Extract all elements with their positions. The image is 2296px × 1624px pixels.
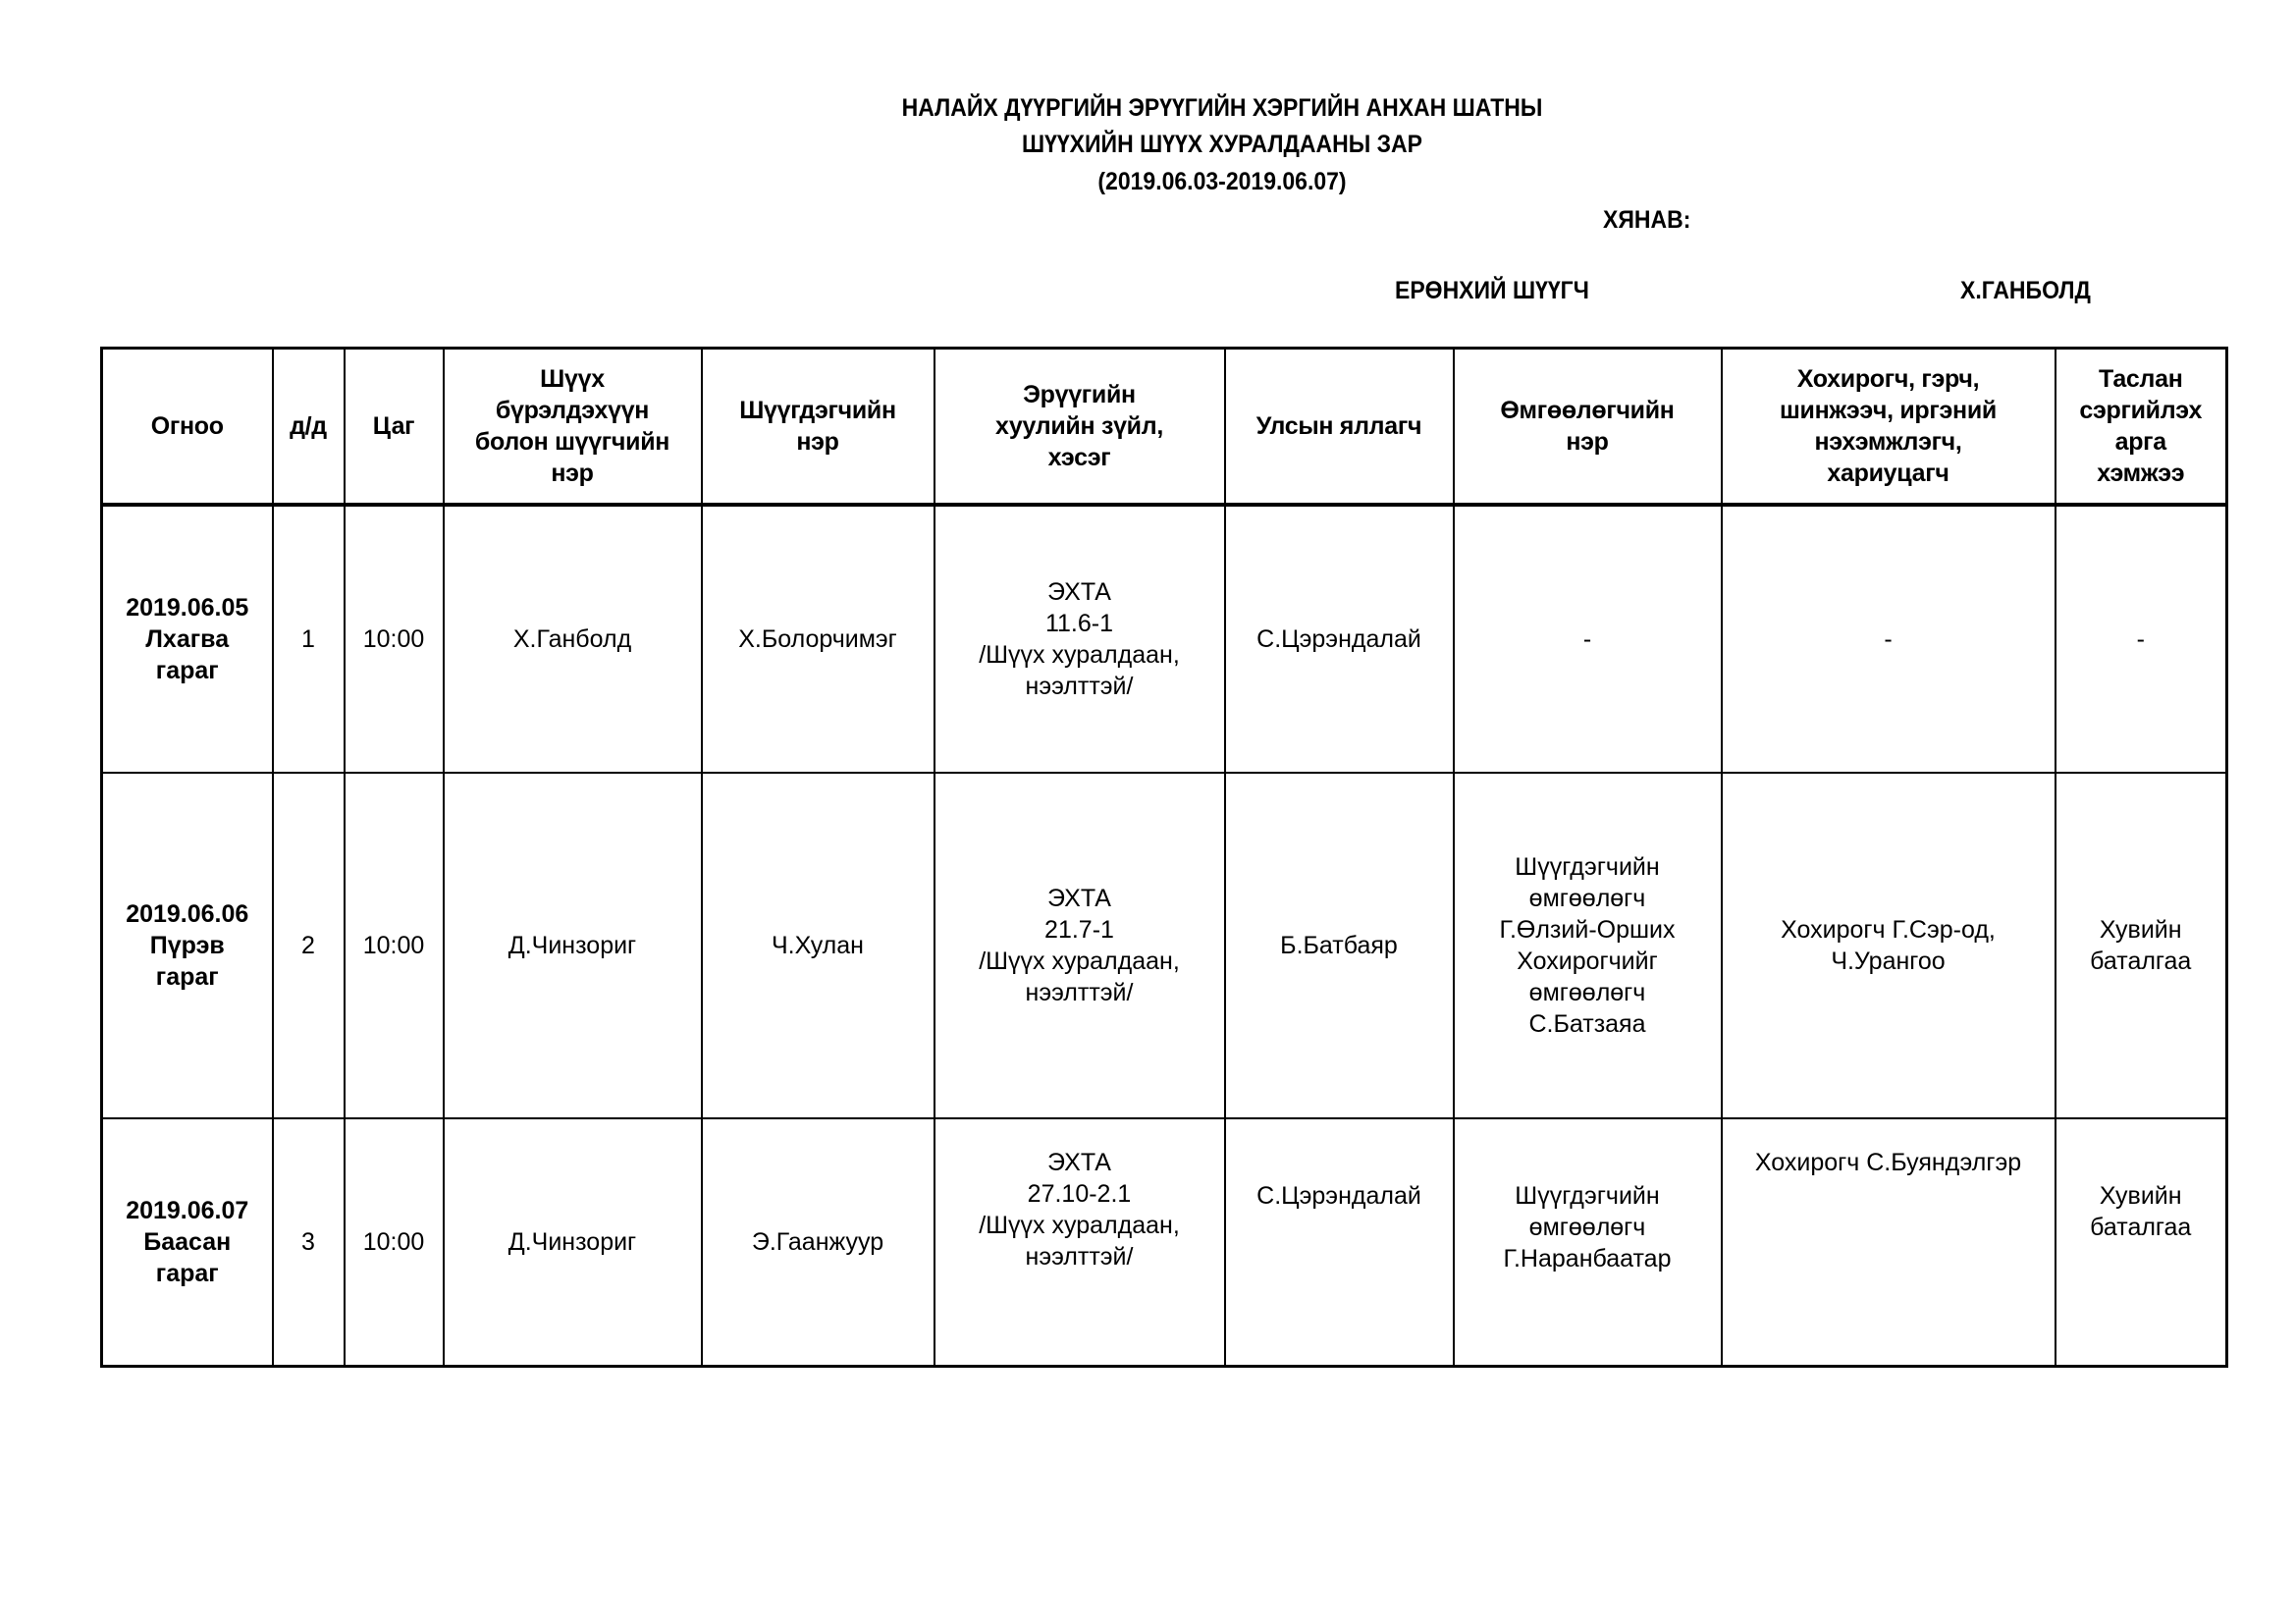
approver-role: ЕРӨНХИЙ ШҮҮГЧ — [1395, 277, 1589, 305]
cell-defense-lawyer-text: өмгөөлөгч — [1461, 883, 1715, 914]
cell-time: 10:00 — [345, 773, 444, 1118]
cell-law-article: ЭХТА11.6-1/Шүүх хуралдаан,нээлттэй/ — [934, 505, 1225, 773]
cell-prosecutor: С.Цэрэндалай — [1225, 1118, 1454, 1367]
column-header-text: хариуцагч — [1729, 458, 2049, 489]
cell-defense-lawyer-text: өмгөөлөгч — [1461, 977, 1715, 1008]
cell-law-article-text: ЭХТА — [941, 576, 1218, 608]
cell-defense-lawyer-text: өмгөөлөгч — [1461, 1212, 1715, 1243]
cell-number-text: 1 — [280, 623, 338, 655]
column-header-date: Огноо — [102, 349, 273, 506]
cell-law-article-text: нээлттэй/ — [941, 671, 1218, 702]
cell-victims-witnesses: Хохирогч С.Буяндэлгэр — [1722, 1118, 2056, 1367]
column-header-text: бүрэлдэхүүн — [451, 395, 695, 426]
cell-time: 10:00 — [345, 505, 444, 773]
cell-victims-witnesses: - — [1722, 505, 2056, 773]
cell-prosecutor-text: С.Цэрэндалай — [1232, 1180, 1447, 1212]
column-header-text: Таслан — [2062, 363, 2220, 395]
column-header-text: д/д — [280, 410, 338, 442]
cell-judge: Х.Ганболд — [444, 505, 702, 773]
cell-date: 2019.06.07Баасангараг — [102, 1118, 273, 1367]
cell-time-text: 10:00 — [351, 623, 437, 655]
column-header-text: Цаг — [351, 410, 437, 442]
cell-preventive-measure-text: Хувийн — [2062, 1180, 2220, 1212]
cell-defendant-text: Х.Болорчимэг — [709, 623, 928, 655]
column-header-text: болон шүүгчийн — [451, 426, 695, 458]
cell-date-text: гараг — [109, 961, 266, 993]
cell-defense-lawyer-text: - — [1461, 623, 1715, 655]
cell-law-article-text: /Шүүх хуралдаан, — [941, 639, 1218, 671]
cell-date-text: гараг — [109, 655, 266, 686]
cell-prosecutor-text: С.Цэрэндалай — [1232, 623, 1447, 655]
cell-law-article-text: нээлттэй/ — [941, 977, 1218, 1008]
cell-law-article: ЭХТА27.10-2.1/Шүүх хуралдаан,нээлттэй/ — [934, 1118, 1225, 1367]
cell-date-text: гараг — [109, 1258, 266, 1289]
cell-victims-witnesses-text: Ч.Урангоо — [1729, 946, 2049, 977]
column-header-text: Эрүүгийн — [941, 379, 1218, 410]
column-header-text: хэмжээ — [2062, 458, 2220, 489]
cell-date-text: 2019.06.07 — [109, 1195, 266, 1226]
cell-victims-witnesses-text: Хохирогч С.Буяндэлгэр — [1729, 1147, 2049, 1178]
cell-preventive-measure-text: - — [2062, 623, 2220, 655]
cell-law-article: ЭХТА21.7-1/Шүүх хуралдаан,нээлттэй/ — [934, 773, 1225, 1118]
cell-defendant-text: Э.Гаанжуур — [709, 1226, 928, 1258]
column-header-victims-witnesses: Хохирогч, гэрч,шинжээч, иргэнийнэхэмжлэг… — [1722, 349, 2056, 506]
cell-defense-lawyer-text: С.Батзаяа — [1461, 1008, 1715, 1040]
table-row: 2019.06.07Баасангараг310:00Д.ЧинзоригЭ.Г… — [102, 1118, 2227, 1367]
cell-defense-lawyer: ШүүгдэгчийнөмгөөлөгчГ.Өлзий-ОршихХохирог… — [1454, 773, 1722, 1118]
cell-prosecutor: Б.Батбаяр — [1225, 773, 1454, 1118]
cell-victims-witnesses-text: Хохирогч Г.Сэр-од, — [1729, 914, 2049, 946]
column-header-text: Шүүгдэгчийн — [709, 395, 928, 426]
cell-number-text: 2 — [280, 930, 338, 961]
cell-date-text: 2019.06.05 — [109, 592, 266, 623]
cell-date: 2019.06.05Лхагвагараг — [102, 505, 273, 773]
cell-preventive-measure: - — [2056, 505, 2227, 773]
cell-preventive-measure: Хувийнбаталгаа — [2056, 1118, 2227, 1367]
cell-defendant: Х.Болорчимэг — [702, 505, 934, 773]
cell-law-article-text: 27.10-2.1 — [941, 1178, 1218, 1210]
cell-date-text: 2019.06.06 — [109, 898, 266, 930]
cell-law-article-text: /Шүүх хуралдаан, — [941, 1210, 1218, 1241]
column-header-text: хэсэг — [941, 442, 1218, 473]
cell-date-text: Баасан — [109, 1226, 266, 1258]
cell-defendant: Ч.Хулан — [702, 773, 934, 1118]
cell-number: 1 — [273, 505, 345, 773]
column-header-text: нэхэмжлэгч, — [1729, 426, 2049, 458]
cell-defense-lawyer-text: Г.Наранбаатар — [1461, 1243, 1715, 1274]
cell-judge: Д.Чинзориг — [444, 773, 702, 1118]
cell-judge: Д.Чинзориг — [444, 1118, 702, 1367]
date-range: (2019.06.03-2019.06.07) — [98, 168, 2296, 196]
column-header-number: д/д — [273, 349, 345, 506]
cell-number: 2 — [273, 773, 345, 1118]
column-header-text: нэр — [1461, 426, 1715, 458]
cell-law-article-text: ЭХТА — [941, 883, 1218, 914]
cell-defense-lawyer: ШүүгдэгчийнөмгөөлөгчГ.Наранбаатар — [1454, 1118, 1722, 1367]
column-header-judge: Шүүхбүрэлдэхүүнболон шүүгчийннэр — [444, 349, 702, 506]
cell-number-text: 3 — [280, 1226, 338, 1258]
cell-time-text: 10:00 — [351, 1226, 437, 1258]
table-header-row: Огноод/дЦагШүүхбүрэлдэхүүнболон шүүгчийн… — [102, 349, 2227, 506]
cell-victims-witnesses-text: - — [1729, 623, 2049, 655]
cell-law-article-text: нээлттэй/ — [941, 1241, 1218, 1272]
cell-defense-lawyer: - — [1454, 505, 1722, 773]
cell-judge-text: Д.Чинзориг — [451, 1226, 695, 1258]
column-header-defense-lawyer: Өмгөөлөгчийннэр — [1454, 349, 1722, 506]
cell-defendant: Э.Гаанжуур — [702, 1118, 934, 1367]
column-header-defendant: Шүүгдэгчийннэр — [702, 349, 934, 506]
column-header-text: арга — [2062, 426, 2220, 458]
cell-preventive-measure-text: баталгаа — [2062, 946, 2220, 977]
column-header-text: нэр — [451, 458, 695, 489]
cell-number: 3 — [273, 1118, 345, 1367]
cell-preventive-measure-text: Хувийн — [2062, 914, 2220, 946]
column-header-text: нэр — [709, 426, 928, 458]
cell-law-article-text: ЭХТА — [941, 1147, 1218, 1178]
cell-defense-lawyer-text: Шүүгдэгчийн — [1461, 1180, 1715, 1212]
column-header-text: Огноо — [109, 410, 266, 442]
cell-prosecutor: С.Цэрэндалай — [1225, 505, 1454, 773]
cell-victims-witnesses: Хохирогч Г.Сэр-од,Ч.Урангоо — [1722, 773, 2056, 1118]
cell-date-text: Лхагва — [109, 623, 266, 655]
column-header-law-article: Эрүүгийнхуулийн зүйл,хэсэг — [934, 349, 1225, 506]
column-header-text: шинжээч, иргэний — [1729, 395, 2049, 426]
cell-defense-lawyer-text: Г.Өлзий-Орших — [1461, 914, 1715, 946]
cell-date: 2019.06.06Пүрэвгараг — [102, 773, 273, 1118]
column-header-text: Шүүх — [451, 363, 695, 395]
cell-law-article-text: /Шүүх хуралдаан, — [941, 946, 1218, 977]
column-header-text: сэргийлэх — [2062, 395, 2220, 426]
cell-time: 10:00 — [345, 1118, 444, 1367]
cell-date-text: Пүрэв — [109, 930, 266, 961]
column-header-preventive-measure: Таслансэргийлэхаргахэмжээ — [2056, 349, 2227, 506]
cell-law-article-text: 21.7-1 — [941, 914, 1218, 946]
column-header-text: хуулийн зүйл, — [941, 410, 1218, 442]
cell-prosecutor-text: Б.Батбаяр — [1232, 930, 1447, 961]
document-title-line-2: ШҮҮХИЙН ШҮҮХ ХУРАЛДААНЫ ЗАР — [98, 131, 2296, 159]
column-header-text: Хохирогч, гэрч, — [1729, 363, 2049, 395]
cell-defendant-text: Ч.Хулан — [709, 930, 928, 961]
cell-preventive-measure-text: баталгаа — [2062, 1212, 2220, 1243]
column-header-text: Улсын яллагч — [1232, 410, 1447, 442]
table-row: 2019.06.05Лхагвагараг110:00Х.ГанболдХ.Бо… — [102, 505, 2227, 773]
cell-defense-lawyer-text: Шүүгдэгчийн — [1461, 851, 1715, 883]
cell-law-article-text: 11.6-1 — [941, 608, 1218, 639]
column-header-text: Өмгөөлөгчийн — [1461, 395, 1715, 426]
cell-preventive-measure: Хувийнбаталгаа — [2056, 773, 2227, 1118]
table-row: 2019.06.06Пүрэвгараг210:00Д.ЧинзоригЧ.Ху… — [102, 773, 2227, 1118]
document-title-line-1: НАЛАЙХ ДҮҮРГИЙН ЭРҮҮГИЙН ХЭРГИЙН АНХАН Ш… — [98, 94, 2296, 123]
approved-label: ХЯНАВ: — [1603, 206, 1690, 235]
cell-judge-text: Х.Ганболд — [451, 623, 695, 655]
hearing-schedule-table: Огноод/дЦагШүүхбүрэлдэхүүнболон шүүгчийн… — [100, 347, 2228, 1368]
cell-defense-lawyer-text: Хохирогчийг — [1461, 946, 1715, 977]
approver-name: Х.ГАНБОЛД — [1960, 277, 2091, 305]
cell-time-text: 10:00 — [351, 930, 437, 961]
column-header-time: Цаг — [345, 349, 444, 506]
cell-judge-text: Д.Чинзориг — [451, 930, 695, 961]
column-header-prosecutor: Улсын яллагч — [1225, 349, 1454, 506]
